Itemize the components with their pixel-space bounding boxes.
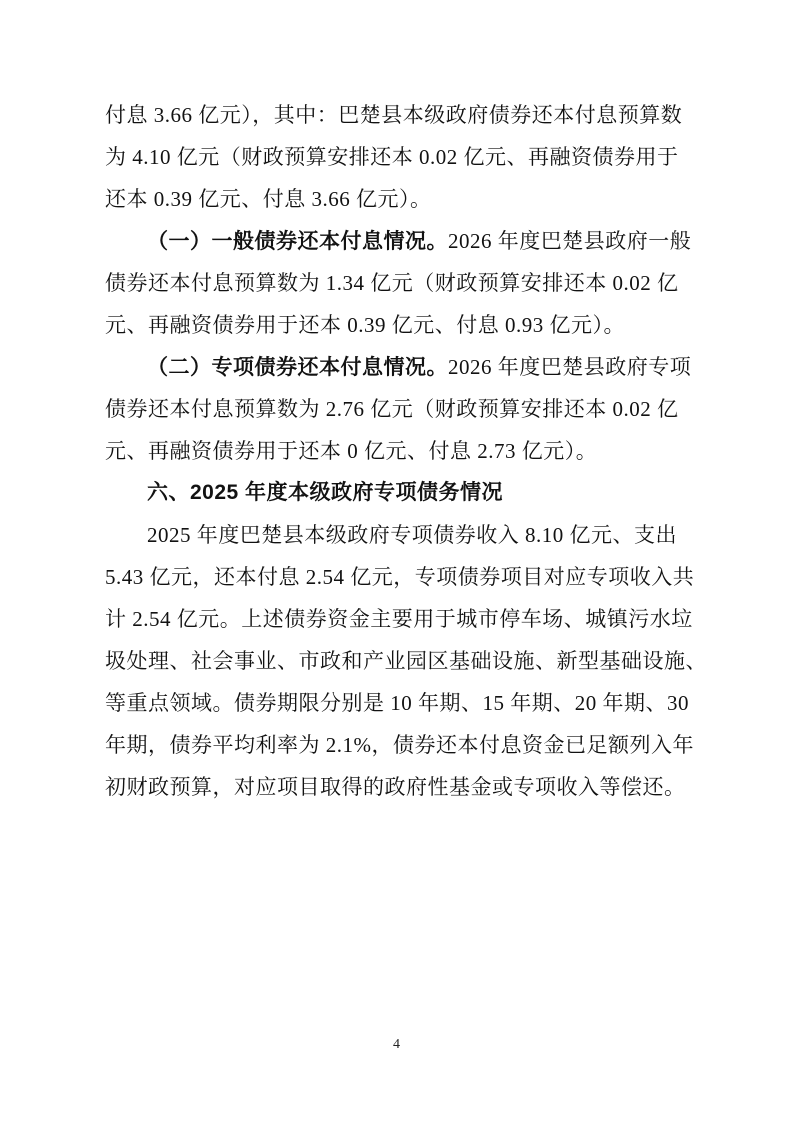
body-text: 2026 年度巴楚县政府一般 — [448, 229, 691, 253]
body-line: 年期，债券平均利率为 2.1%，债券还本付息资金已足额列入年 — [105, 724, 693, 766]
page-number: 4 — [0, 1036, 793, 1054]
body-line: 还本 0.39 亿元、付息 3.66 亿元）。 — [105, 178, 693, 220]
section-heading: 六、2025 年度本级政府专项债务情况 — [105, 472, 693, 514]
body-line: 债券还本付息预算数为 2.76 亿元（财政预算安排还本 0.02 亿 — [105, 388, 693, 430]
subsection-title: （二）专项债券还本付息情况。 — [147, 355, 448, 379]
body-line: 付息 3.66 亿元），其中：巴楚县本级政府债券还本付息预算数 — [105, 94, 693, 136]
document-page: 付息 3.66 亿元），其中：巴楚县本级政府债券还本付息预算数 为 4.10 亿… — [0, 0, 793, 1122]
body-line: 元、再融资债券用于还本 0.39 亿元、付息 0.93 亿元）。 — [105, 304, 693, 346]
body-line: 计 2.54 亿元。上述债券资金主要用于城市停车场、城镇污水垃 — [105, 598, 693, 640]
body-line: 初财政预算，对应项目取得的政府性基金或专项收入等偿还。 — [105, 766, 693, 808]
body-line: （二）专项债券还本付息情况。2026 年度巴楚县政府专项 — [105, 346, 693, 388]
body-line: 元、再融资债券用于还本 0 亿元、付息 2.73 亿元）。 — [105, 430, 693, 472]
body-line: 为 4.10 亿元（财政预算安排还本 0.02 亿元、再融资债券用于 — [105, 136, 693, 178]
body-text: 2026 年度巴楚县政府专项 — [448, 355, 691, 379]
body-line: 2025 年度巴楚县本级政府专项债券收入 8.10 亿元、支出 — [105, 514, 693, 556]
body-line: （一）一般债券还本付息情况。2026 年度巴楚县政府一般 — [105, 220, 693, 262]
body-line: 5.43 亿元，还本付息 2.54 亿元，专项债券项目对应专项收入共 — [105, 556, 693, 598]
document-body: 付息 3.66 亿元），其中：巴楚县本级政府债券还本付息预算数 为 4.10 亿… — [105, 94, 693, 808]
body-line: 圾处理、社会事业、市政和产业园区基础设施、新型基础设施、 — [105, 640, 693, 682]
body-line: 等重点领域。债券期限分别是 10 年期、15 年期、20 年期、30 — [105, 682, 693, 724]
body-line: 债券还本付息预算数为 1.34 亿元（财政预算安排还本 0.02 亿 — [105, 262, 693, 304]
subsection-title: （一）一般债券还本付息情况。 — [147, 229, 448, 253]
